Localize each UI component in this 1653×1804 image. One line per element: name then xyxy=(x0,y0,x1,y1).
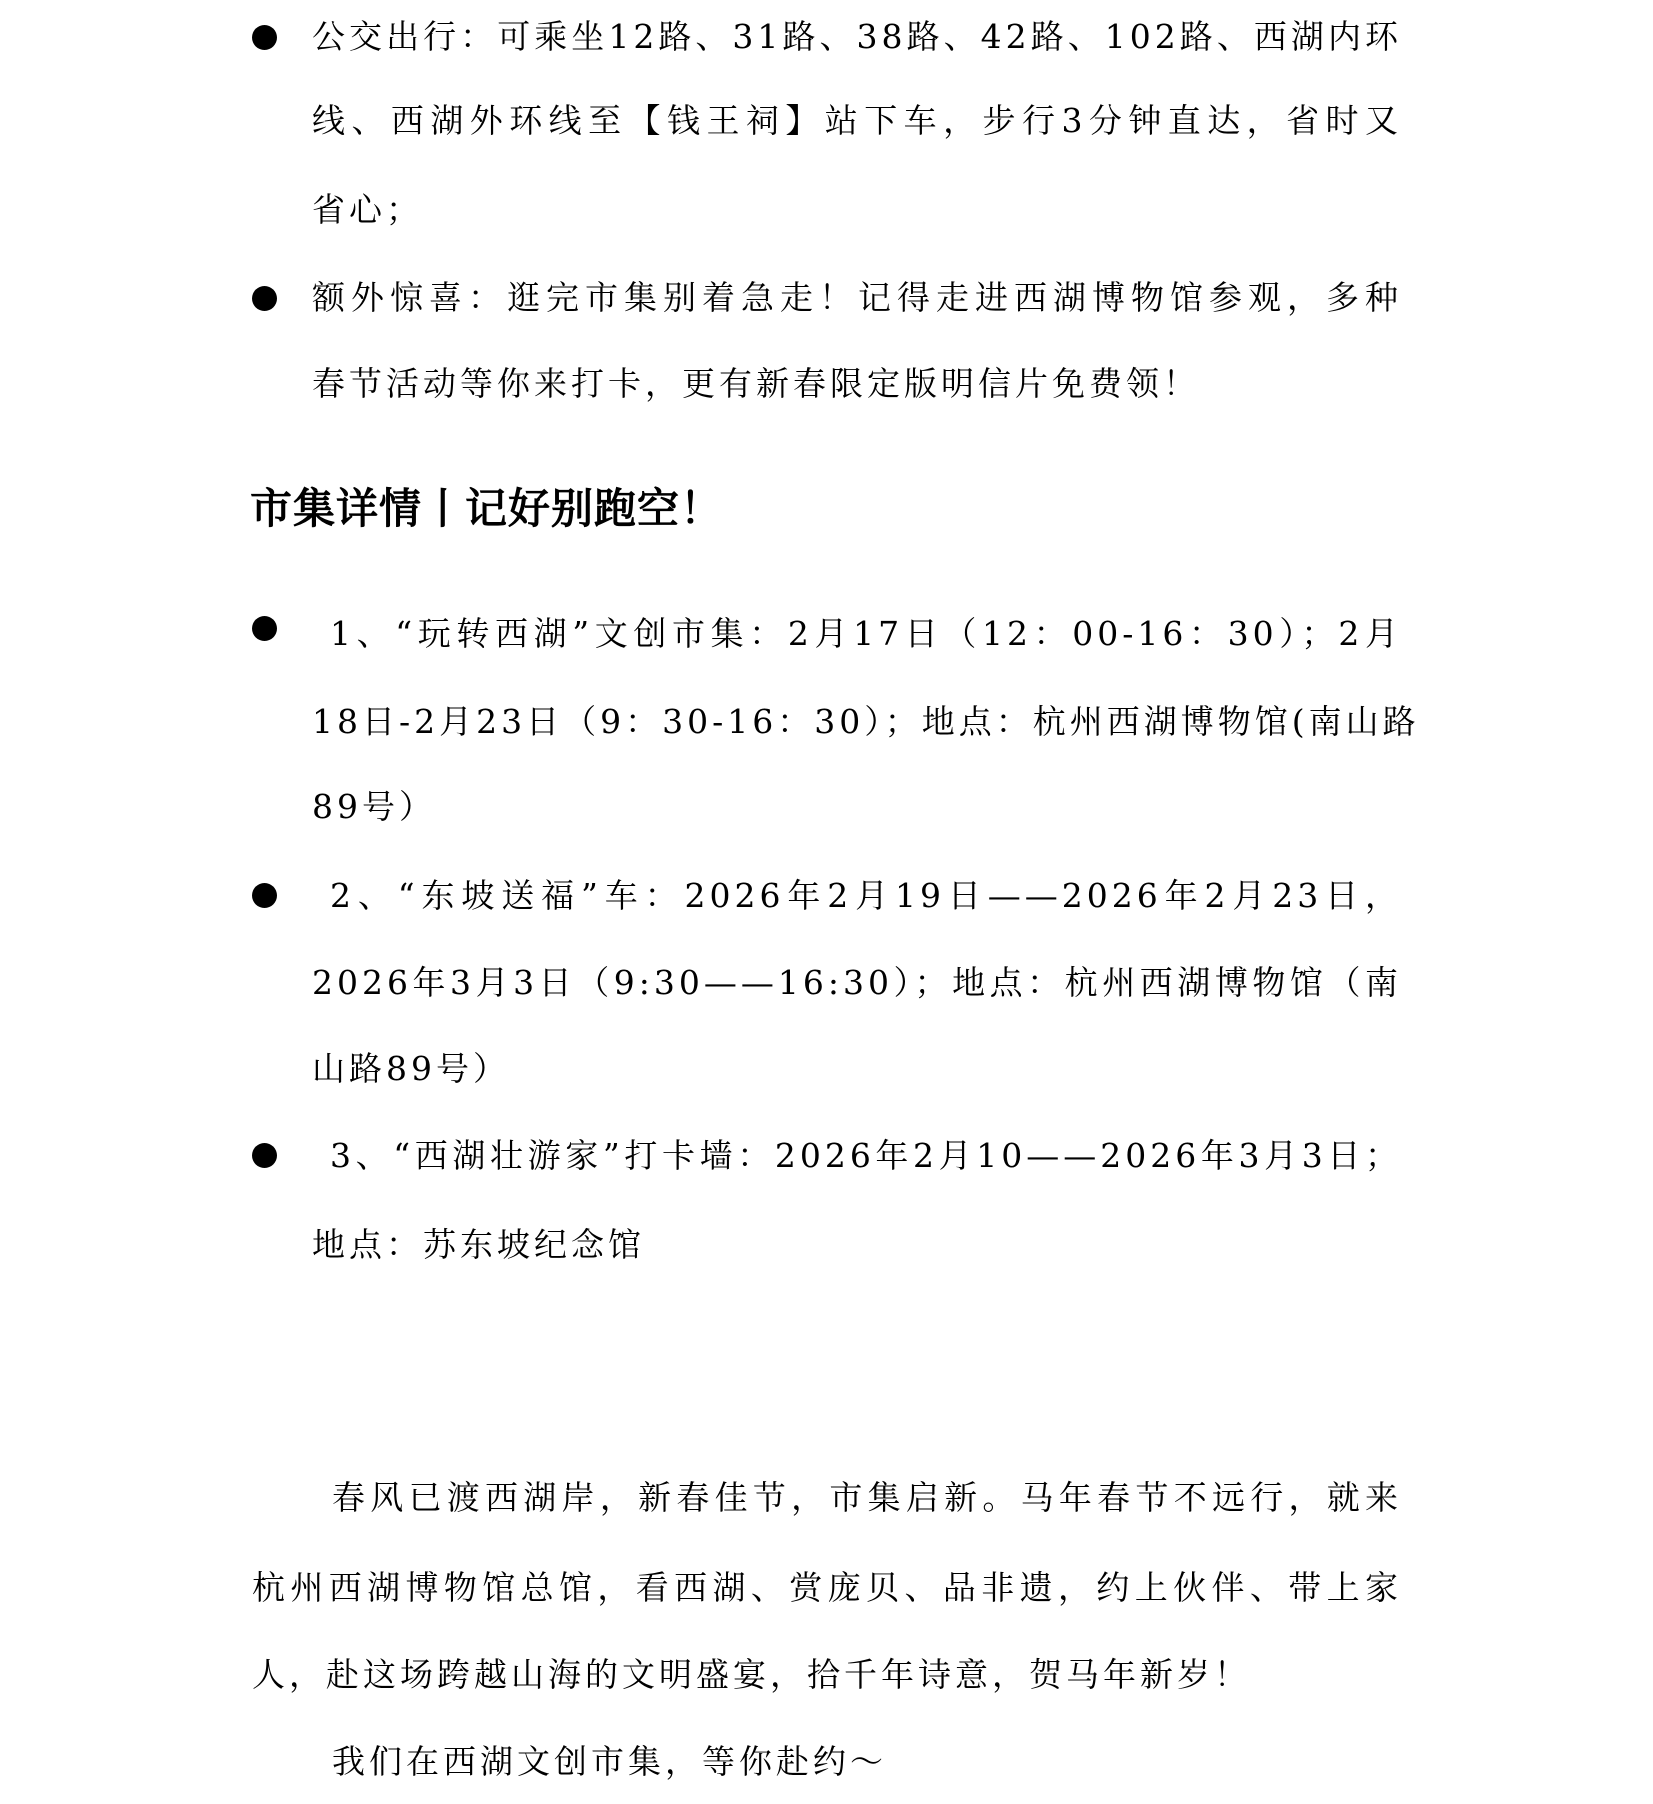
signoff-text: 我们在西湖文创市集，等你赴约～ xyxy=(332,1742,1402,1782)
bullet-icon xyxy=(252,616,277,641)
market-line: 2026年3月3日（9:30——16:30）；地点：杭州西湖博物馆（南 xyxy=(312,963,1402,1003)
closing-line: 春风已渡西湖岸，新春佳节，市集启新。马年春节不远行，就来 xyxy=(332,1478,1402,1518)
market-line: 2、“东坡送福”车：2026年2月19日——2026年2月23日， xyxy=(330,876,1402,916)
market-line: 地点：苏东坡纪念馆 xyxy=(312,1225,1402,1265)
bullet-icon xyxy=(252,286,277,311)
market-line: 1、“玩转西湖”文创市集：2月17日（12：00-16：30）；2月 xyxy=(330,614,1402,654)
market-line: 18日-2月23日（9：30-16：30）；地点：杭州西湖博物馆(南山路 xyxy=(312,702,1402,742)
closing-line: 杭州西湖博物馆总馆，看西湖、赏庞贝、品非遗，约上伙伴、带上家 xyxy=(252,1568,1402,1608)
tip-line: 春节活动等你来打卡，更有新春限定版明信片免费领！ xyxy=(312,364,1402,404)
section-heading: 市集详情丨记好别跑空！ xyxy=(250,484,723,534)
bullet-icon xyxy=(252,883,277,908)
tip-line: 省心； xyxy=(312,190,1402,230)
tip-line: 公交出行：可乘坐12路、31路、38路、42路、102路、西湖内环 xyxy=(312,17,1402,57)
bullet-icon xyxy=(252,25,277,50)
document-page: 公交出行：可乘坐12路、31路、38路、42路、102路、西湖内环 线、西湖外环… xyxy=(0,0,1653,1804)
tip-line: 线、西湖外环线至【钱王祠】站下车，步行3分钟直达，省时又 xyxy=(312,101,1402,141)
tip-line: 额外惊喜：逛完市集别着急走！记得走进西湖博物馆参观，多种 xyxy=(312,278,1402,318)
market-line: 89号） xyxy=(312,787,1402,827)
market-line: 山路89号） xyxy=(312,1049,1402,1089)
market-line: 3、“西湖壮游家”打卡墙：2026年2月10——2026年3月3日； xyxy=(330,1136,1402,1176)
closing-line: 人，赴这场跨越山海的文明盛宴，拾千年诗意，贺马年新岁！ xyxy=(252,1655,1402,1695)
bullet-icon xyxy=(252,1143,277,1168)
